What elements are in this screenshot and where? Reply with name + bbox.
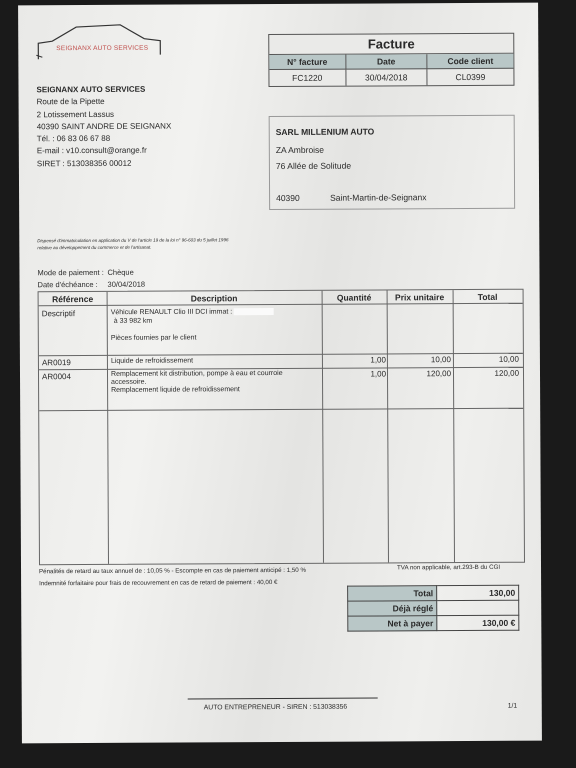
legal-notice-line2: relative au développement du commerce et…: [37, 243, 297, 251]
invoice-date: 30/04/2018: [346, 69, 427, 86]
payment-mode-label: Mode de paiement :: [37, 267, 107, 279]
footer-siren: AUTO ENTREPRENEUR - SIREN : 513038356: [204, 704, 347, 712]
column-divider: [322, 291, 324, 563]
net-payable-label: Net à payer: [348, 616, 437, 631]
payment-terms: Pénalités de retard au taux annuel de : …: [39, 565, 306, 590]
net-payable-value: 130,00 €: [437, 615, 519, 630]
row-description-line3: Remplacement liquide de refroidissement: [111, 386, 240, 395]
already-paid-label: Déjà réglé: [348, 601, 437, 616]
totals-row: Net à payer 130,00 €: [348, 615, 519, 631]
client-address-line2: 76 Allée de Solitude: [276, 161, 351, 171]
row-description-line1: Véhicule RENAULT Clio III DCI immat :: [111, 309, 233, 317]
row-reference: AR0019: [42, 358, 71, 367]
client-address-line1: ZA Ambroise: [276, 145, 324, 155]
invoice-meta-table: N° facture Date Code client FC1220 30/04…: [269, 54, 513, 86]
client-zip: 40390: [276, 193, 300, 203]
sender-address-line1: Route de la Pipette: [37, 96, 172, 109]
client-address-box: SARL MILLENIUM AUTO ZA Ambroise 76 Allée…: [269, 115, 515, 210]
payment-mode-value: Chèque: [107, 268, 133, 277]
header-reference: Référence: [39, 294, 107, 304]
column-divider: [453, 290, 455, 562]
header-description: Description: [107, 293, 322, 304]
invoice-header-box: Facture N° facture Date Code client FC12…: [268, 33, 514, 87]
page-number: 1/1: [508, 703, 517, 710]
redacted-plate: [234, 308, 274, 315]
payment-info: Mode de paiement :Chèque Date d'échéance…: [37, 267, 145, 292]
invoice-number: FC1220: [269, 69, 345, 86]
row-total: 120,00: [495, 369, 520, 378]
due-date-value: 30/04/2018: [108, 280, 146, 289]
invoice-title: Facture: [269, 34, 513, 55]
sender-name: SEIGNANX AUTO SERVICES: [36, 84, 171, 97]
due-date-label: Date d'échéance :: [38, 279, 108, 291]
items-table-header: Référence Description Quantité Prix unit…: [39, 290, 523, 307]
row-reference: Descriptif: [42, 309, 75, 318]
already-paid-value: [437, 600, 519, 615]
logo-text: SEIGNANX AUTO SERVICES: [56, 45, 148, 52]
sender-address: SEIGNANX AUTO SERVICES Route de la Pipet…: [36, 84, 171, 171]
legal-notice: Dispensé d'immatriculation en applicatio…: [37, 236, 297, 251]
sender-siret: SIRET : 513038356 00012: [37, 157, 172, 170]
column-divider: [387, 290, 389, 562]
row-quantity: 1,00: [370, 355, 386, 364]
tva-notice: TVA non applicable, art.293-B du CGI: [397, 564, 500, 572]
client-code: CL0399: [427, 68, 514, 85]
totals-table: Total 130,00 Déjà réglé Net à payer 130,…: [347, 585, 519, 632]
client-city: Saint-Martin-de-Seignanx: [330, 192, 426, 203]
client-code-header: Code client: [427, 54, 514, 69]
invoice-page: SEIGNANX AUTO SERVICES SEIGNANX AUTO SER…: [18, 3, 542, 744]
sender-city: 40390 SAINT ANDRE DE SEIGNANX: [37, 120, 172, 133]
items-table: Référence Description Quantité Prix unit…: [38, 289, 525, 566]
row-quantity: 1,00: [370, 369, 386, 378]
total-label: Total: [348, 586, 437, 601]
row-divider: [39, 408, 523, 412]
header-total: Total: [453, 292, 523, 302]
total-value: 130,00: [437, 585, 519, 600]
sender-email: E-mail : v10.consult@orange.fr: [37, 145, 172, 158]
row-total: 10,00: [499, 355, 519, 364]
row-description-line2: à 33 982 km: [114, 318, 153, 327]
footer-divider: [188, 697, 378, 699]
column-divider: [107, 292, 109, 564]
header-quantity: Quantité: [322, 292, 387, 302]
row-description-line3: Pièces fournies par le client: [111, 334, 197, 343]
car-outline-icon: [32, 15, 172, 62]
row-description: Véhicule RENAULT Clio III DCI immat :: [111, 308, 274, 318]
company-logo: SEIGNANX AUTO SERVICES: [32, 15, 172, 62]
header-unit-price: Prix unitaire: [387, 292, 453, 302]
client-name: SARL MILLENIUM AUTO: [276, 127, 375, 138]
row-reference: AR0004: [42, 372, 71, 381]
row-unit-price: 120,00: [427, 369, 452, 378]
recovery-indemnity-text: Indemnité forfaitaire pour frais de reco…: [39, 577, 306, 590]
invoice-date-header: Date: [345, 54, 426, 69]
sender-phone: Tél. : 06 83 06 67 88: [37, 133, 172, 146]
totals-row: Total 130,00: [348, 585, 519, 601]
row-unit-price: 10,00: [431, 355, 451, 364]
row-description: Liquide de refroidissement: [111, 357, 193, 366]
sender-address-line2: 2 Lotissement Lassus: [37, 108, 172, 121]
invoice-number-header: N° facture: [269, 55, 345, 70]
totals-row: Déjà réglé: [348, 600, 519, 616]
